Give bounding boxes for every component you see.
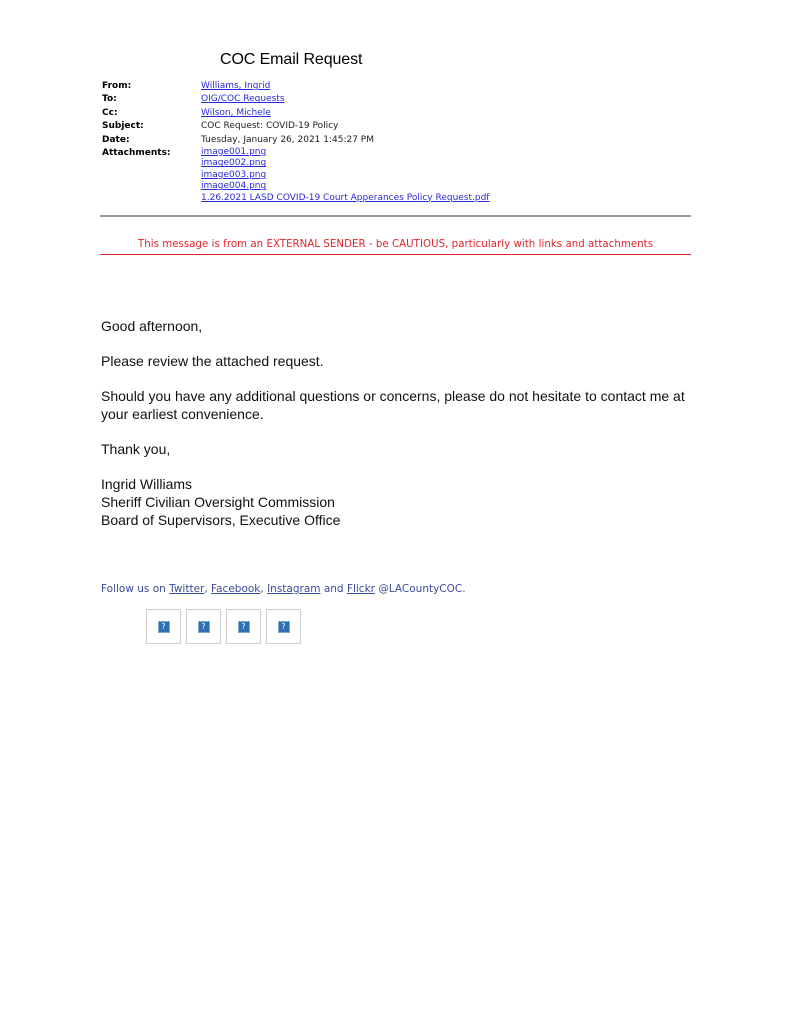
- to-row: To: OIG/COC Requests: [102, 93, 489, 106]
- attachment-link[interactable]: image002.png: [201, 158, 489, 169]
- email-header: From: Williams, Ingrid To: OIG/COC Reque…: [102, 80, 489, 204]
- from-row: From: Williams, Ingrid: [102, 80, 489, 93]
- social-footer: Follow us on Twitter, Facebook, Instagra…: [101, 583, 466, 595]
- closing: Thank you,: [101, 441, 701, 459]
- from-label: From:: [102, 80, 201, 93]
- external-sender-warning: This message is from an EXTERNAL SENDER …: [100, 239, 691, 250]
- attachments-row: Attachments: image001.png image002.png i…: [102, 147, 489, 204]
- attachment-link[interactable]: image003.png: [201, 170, 489, 181]
- broken-image-icon: ?: [238, 621, 250, 633]
- social-icon-instagram[interactable]: ?: [226, 609, 261, 644]
- to-label: To:: [102, 93, 201, 106]
- attachment-link[interactable]: 1.26.2021 LASD COVID-19 Court Apperances…: [201, 193, 489, 204]
- date-value: Tuesday, January 26, 2021 1:45:27 PM: [201, 134, 374, 147]
- body-line-2: Should you have any additional questions…: [101, 388, 701, 423]
- broken-image-icon: ?: [198, 621, 210, 633]
- social-icon-twitter[interactable]: ?: [146, 609, 181, 644]
- cc-label: Cc:: [102, 107, 201, 120]
- body-line-1: Please review the attached request.: [101, 353, 701, 371]
- date-row: Date: Tuesday, January 26, 2021 1:45:27 …: [102, 134, 489, 147]
- broken-image-icon: ?: [158, 621, 170, 633]
- from-link[interactable]: Williams, Ingrid: [201, 81, 270, 91]
- warning-underline: [100, 254, 691, 255]
- subject-label: Subject:: [102, 120, 201, 133]
- attachments-list: image001.png image002.png image003.png i…: [201, 147, 489, 204]
- signature-name: Ingrid Williams: [101, 476, 701, 494]
- social-icon-flickr[interactable]: ?: [266, 609, 301, 644]
- page-title: COC Email Request: [220, 51, 362, 69]
- signature: Ingrid Williams Sheriff Civilian Oversig…: [101, 476, 701, 529]
- attachment-link[interactable]: image004.png: [201, 181, 489, 192]
- subject-row: Subject: COC Request: COVID-19 Policy: [102, 120, 489, 133]
- cc-link[interactable]: Wilson, Michele: [201, 108, 271, 118]
- signature-org: Sheriff Civilian Oversight Commission: [101, 494, 701, 512]
- instagram-link[interactable]: Instagram: [267, 583, 320, 595]
- subject-value: COC Request: COVID-19 Policy: [201, 120, 338, 133]
- flickr-link[interactable]: Flickr: [347, 583, 375, 595]
- broken-image-icon: ?: [278, 621, 290, 633]
- facebook-link[interactable]: Facebook: [211, 583, 260, 595]
- date-label: Date:: [102, 134, 201, 147]
- social-icon-facebook[interactable]: ?: [186, 609, 221, 644]
- header-divider: [100, 215, 691, 217]
- to-link[interactable]: OIG/COC Requests: [201, 94, 285, 104]
- twitter-link[interactable]: Twitter: [169, 583, 204, 595]
- social-icons: ? ? ? ?: [146, 609, 301, 644]
- greeting: Good afternoon,: [101, 318, 701, 336]
- attachments-label: Attachments:: [102, 147, 201, 204]
- signature-office: Board of Supervisors, Executive Office: [101, 512, 701, 530]
- email-body: Good afternoon, Please review the attach…: [101, 318, 701, 529]
- cc-row: Cc: Wilson, Michele: [102, 107, 489, 120]
- attachment-link[interactable]: image001.png: [201, 147, 489, 158]
